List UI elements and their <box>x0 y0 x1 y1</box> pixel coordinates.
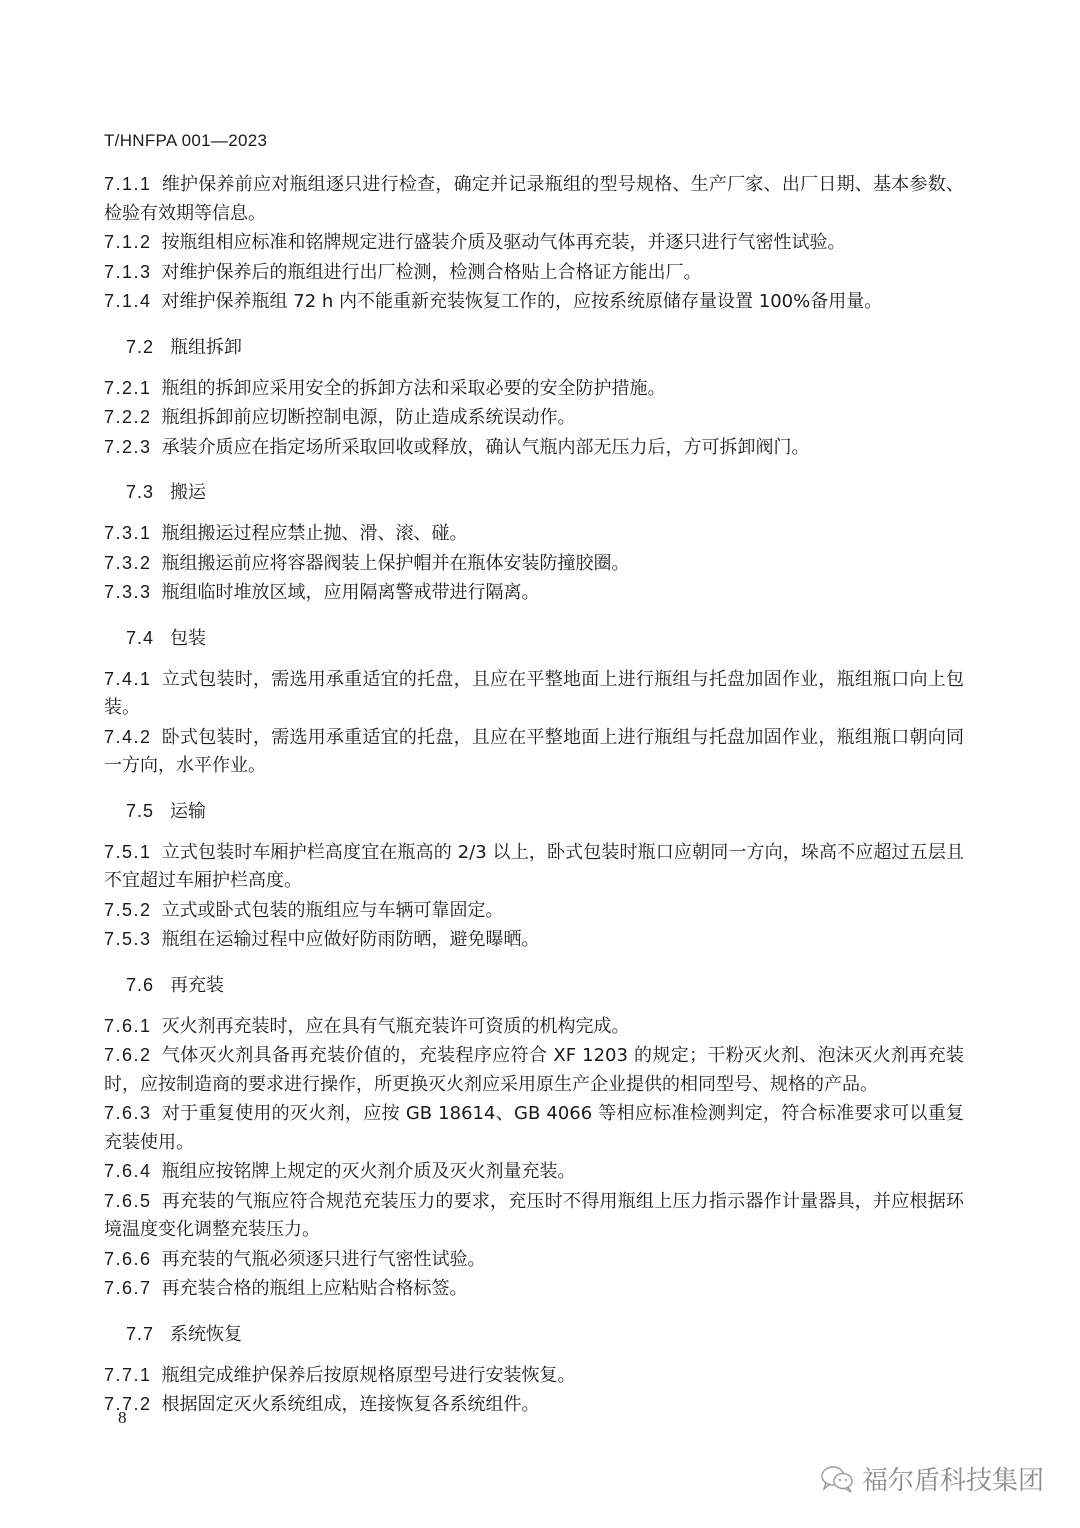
clause-number: 7.5.2 <box>104 896 152 925</box>
section-number: 7.6 <box>126 971 154 999</box>
document-body: 7.1.1维护保养前应对瓶组逐只进行检查，确定并记录瓶组的型号规格、生产厂家、出… <box>104 170 964 1420</box>
section-title: 包装 <box>170 628 206 649</box>
clause-text: 再充装的气瓶必须逐只进行气密性试验。 <box>162 1249 486 1270</box>
clause-7-2-2: 7.2.2瓶组拆卸前应切断控制电源，防止造成系统误动作。 <box>104 403 964 433</box>
clause-7-7-1: 7.7.1瓶组完成维护保养后按原规格原型号进行安装恢复。 <box>104 1361 964 1391</box>
clause-text: 立式或卧式包装的瓶组应与车辆可靠固定。 <box>162 900 504 921</box>
clause-number: 7.6.7 <box>104 1274 152 1303</box>
clause-text: 对维护保养瓶组 72 h 内不能重新充装恢复工作的，应按系统原储存量设置 100… <box>162 291 883 312</box>
clause-text: 再充装的气瓶应符合规范充装压力的要求，充压时不得用瓶组上压力指示器作计量器具，并… <box>104 1191 964 1241</box>
clause-text: 立式包装时，需选用承重适宜的托盘，且应在平整地面上进行瓶组与托盘加固作业，瓶组瓶… <box>104 669 964 719</box>
clause-text: 瓶组完成维护保养后按原规格原型号进行安装恢复。 <box>162 1365 576 1386</box>
clause-7-1-3: 7.1.3对维护保养后的瓶组进行出厂检测，检测合格贴上合格证方能出厂。 <box>104 258 964 288</box>
clause-number: 7.1.2 <box>104 228 152 257</box>
clause-text: 灭火剂再充装时，应在具有气瓶充装许可资质的机构完成。 <box>162 1016 630 1037</box>
section-number: 7.7 <box>126 1320 154 1348</box>
section-number: 7.3 <box>126 478 154 506</box>
clause-number: 7.6.3 <box>104 1099 152 1128</box>
clause-number: 7.3.1 <box>104 519 152 548</box>
clause-text: 再充装合格的瓶组上应粘贴合格标签。 <box>162 1278 468 1299</box>
section-number: 7.2 <box>126 333 154 361</box>
clause-text: 瓶组应按铭牌上规定的灭火剂介质及灭火剂量充装。 <box>162 1161 576 1182</box>
clause-7-6-2: 7.6.2气体灭火剂具备再充装价值的，充装程序应符合 XF 1203 的规定；干… <box>104 1041 964 1099</box>
clause-number: 7.6.6 <box>104 1245 152 1274</box>
clause-number: 7.3.2 <box>104 549 152 578</box>
section-number: 7.4 <box>126 624 154 652</box>
clause-number: 7.2.3 <box>104 433 152 462</box>
clause-number: 7.2.1 <box>104 374 152 403</box>
clause-number: 7.7.1 <box>104 1361 152 1390</box>
clause-number: 7.4.1 <box>104 665 152 694</box>
clause-7-6-7: 7.6.7再充装合格的瓶组上应粘贴合格标签。 <box>104 1274 964 1304</box>
watermark-text: 福尔盾科技集团 <box>862 1460 1044 1497</box>
section-heading-7-5: 7.5运输 <box>126 797 964 826</box>
clause-text: 瓶组临时堆放区域，应用隔离警戒带进行隔离。 <box>162 582 540 603</box>
section-title: 瓶组拆卸 <box>170 337 242 358</box>
watermark: 福尔盾科技集团 <box>820 1460 1044 1497</box>
section-heading-7-7: 7.7系统恢复 <box>126 1320 964 1349</box>
clause-number: 7.5.3 <box>104 925 152 954</box>
clause-number: 7.6.5 <box>104 1187 152 1216</box>
clause-number: 7.4.2 <box>104 723 152 752</box>
clause-text: 对维护保养后的瓶组进行出厂检测，检测合格贴上合格证方能出厂。 <box>162 262 702 283</box>
clause-number: 7.6.2 <box>104 1041 152 1070</box>
clause-text: 按瓶组相应标准和铭牌规定进行盛装介质及驱动气体再充装，并逐只进行气密性试验。 <box>162 232 846 253</box>
section-heading-7-2: 7.2瓶组拆卸 <box>126 333 964 362</box>
clause-text: 对于重复使用的灭火剂，应按 GB 18614、GB 4066 等相应标准检测判定… <box>104 1103 964 1153</box>
clause-text: 气体灭火剂具备再充装价值的，充装程序应符合 XF 1203 的规定；干粉灭火剂、… <box>104 1045 964 1095</box>
clause-text: 瓶组拆卸前应切断控制电源，防止造成系统误动作。 <box>162 407 576 428</box>
clause-7-1-1: 7.1.1维护保养前应对瓶组逐只进行检查，确定并记录瓶组的型号规格、生产厂家、出… <box>104 170 964 228</box>
clause-number: 7.1.3 <box>104 258 152 287</box>
clause-7-6-6: 7.6.6再充装的气瓶必须逐只进行气密性试验。 <box>104 1245 964 1275</box>
clause-number: 7.6.4 <box>104 1157 152 1186</box>
clause-7-6-1: 7.6.1灭火剂再充装时，应在具有气瓶充装许可资质的机构完成。 <box>104 1012 964 1042</box>
clause-7-2-1: 7.2.1瓶组的拆卸应采用安全的拆卸方法和采取必要的安全防护措施。 <box>104 374 964 404</box>
clause-7-3-1: 7.3.1瓶组搬运过程应禁止抛、滑、滚、碰。 <box>104 519 964 549</box>
clause-number: 7.3.3 <box>104 578 152 607</box>
clause-number: 7.1.1 <box>104 170 152 199</box>
standard-number: T/HNFPA 001—2023 <box>104 131 267 151</box>
clause-number: 7.1.4 <box>104 287 152 316</box>
clause-7-5-1: 7.5.1立式包装时车厢护栏高度宜在瓶高的 2/3 以上，卧式包装时瓶口应朝同一… <box>104 838 964 896</box>
section-title: 运输 <box>170 801 206 822</box>
section-heading-7-4: 7.4包装 <box>126 624 964 653</box>
clause-7-4-2: 7.4.2卧式包装时，需选用承重适宜的托盘，且应在平整地面上进行瓶组与托盘加固作… <box>104 723 964 781</box>
clause-7-5-2: 7.5.2立式或卧式包装的瓶组应与车辆可靠固定。 <box>104 896 964 926</box>
clause-7-6-4: 7.6.4瓶组应按铭牌上规定的灭火剂介质及灭火剂量充装。 <box>104 1157 964 1187</box>
clause-number: 7.7.2 <box>104 1390 152 1419</box>
clause-number: 7.5.1 <box>104 838 152 867</box>
clause-7-6-5: 7.6.5再充装的气瓶应符合规范充装压力的要求，充压时不得用瓶组上压力指示器作计… <box>104 1187 964 1245</box>
clause-7-6-3: 7.6.3对于重复使用的灭火剂，应按 GB 18614、GB 4066 等相应标… <box>104 1099 964 1157</box>
section-title: 系统恢复 <box>170 1324 242 1345</box>
clause-number: 7.2.2 <box>104 403 152 432</box>
clause-text: 瓶组在运输过程中应做好防雨防晒，避免曝晒。 <box>162 929 540 950</box>
clause-7-4-1: 7.4.1立式包装时，需选用承重适宜的托盘，且应在平整地面上进行瓶组与托盘加固作… <box>104 665 964 723</box>
clause-text: 根据固定灭火系统组成，连接恢复各系统组件。 <box>162 1394 540 1415</box>
clause-7-3-2: 7.3.2瓶组搬运前应将容器阀装上保护帽并在瓶体安装防撞胶圈。 <box>104 549 964 579</box>
wechat-icon <box>820 1464 856 1494</box>
clause-text: 瓶组的拆卸应采用安全的拆卸方法和采取必要的安全防护措施。 <box>162 378 666 399</box>
section-title: 搬运 <box>170 482 206 503</box>
section-heading-7-6: 7.6再充装 <box>126 971 964 1000</box>
clause-7-3-3: 7.3.3瓶组临时堆放区域，应用隔离警戒带进行隔离。 <box>104 578 964 608</box>
section-heading-7-3: 7.3搬运 <box>126 478 964 507</box>
clause-7-7-2: 7.7.2根据固定灭火系统组成，连接恢复各系统组件。 <box>104 1390 964 1420</box>
clause-text: 瓶组搬运前应将容器阀装上保护帽并在瓶体安装防撞胶圈。 <box>162 553 630 574</box>
clause-7-1-4: 7.1.4对维护保养瓶组 72 h 内不能重新充装恢复工作的，应按系统原储存量设… <box>104 287 964 317</box>
clause-text: 立式包装时车厢护栏高度宜在瓶高的 2/3 以上，卧式包装时瓶口应朝同一方向，垛高… <box>104 842 964 892</box>
clause-text: 卧式包装时，需选用承重适宜的托盘，且应在平整地面上进行瓶组与托盘加固作业，瓶组瓶… <box>104 727 964 777</box>
clause-number: 7.6.1 <box>104 1012 152 1041</box>
clause-text: 承装介质应在指定场所采取回收或释放，确认气瓶内部无压力后，方可拆卸阀门。 <box>162 437 810 458</box>
section-number: 7.5 <box>126 797 154 825</box>
clause-7-5-3: 7.5.3瓶组在运输过程中应做好防雨防晒，避免曝晒。 <box>104 925 964 955</box>
clause-text: 瓶组搬运过程应禁止抛、滑、滚、碰。 <box>162 523 468 544</box>
clause-text: 维护保养前应对瓶组逐只进行检查，确定并记录瓶组的型号规格、生产厂家、出厂日期、基… <box>104 174 964 224</box>
clause-7-2-3: 7.2.3承装介质应在指定场所采取回收或释放，确认气瓶内部无压力后，方可拆卸阀门… <box>104 433 964 463</box>
clause-7-1-2: 7.1.2按瓶组相应标准和铭牌规定进行盛装介质及驱动气体再充装，并逐只进行气密性… <box>104 228 964 258</box>
section-title: 再充装 <box>170 975 224 996</box>
page-number: 8 <box>118 1408 127 1428</box>
